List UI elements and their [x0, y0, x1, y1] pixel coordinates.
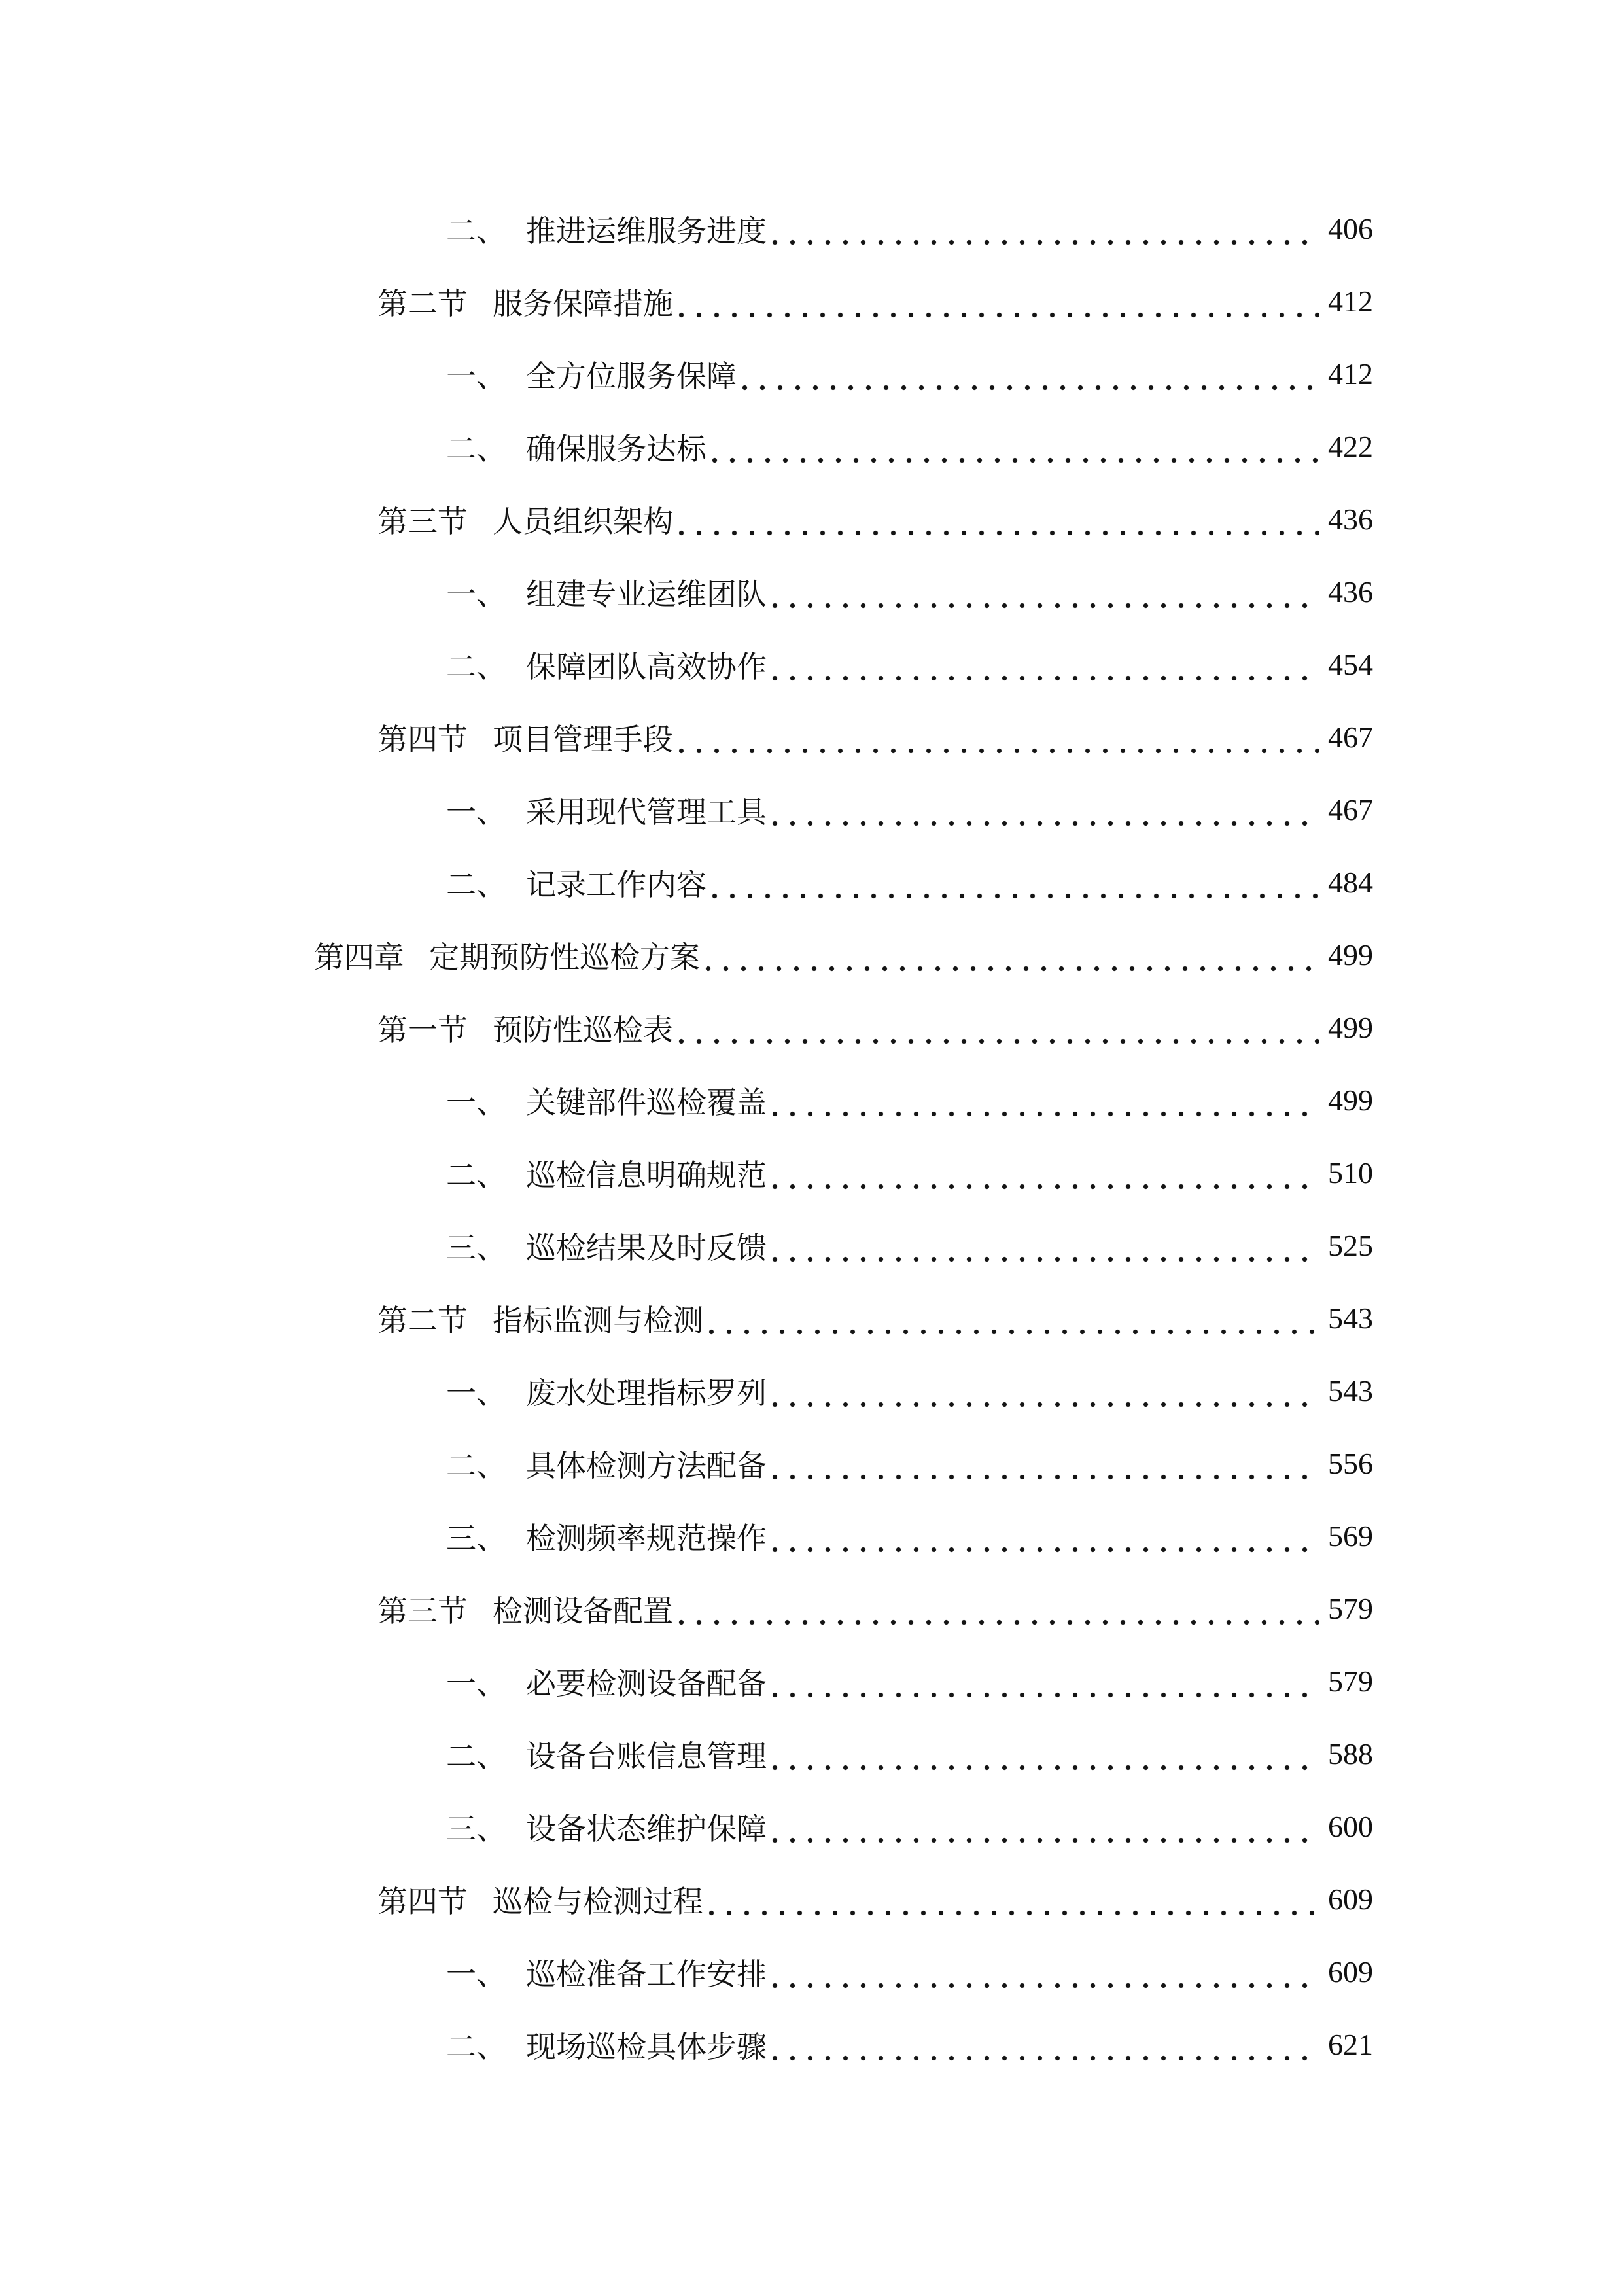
page-number: 609: [1328, 1954, 1380, 1989]
toc-entry[interactable]: 一、 巡检准备工作安排 609: [0, 1935, 1623, 2008]
page-number: 600: [1328, 1809, 1380, 1844]
toc-entry-number: 第三节: [377, 1587, 468, 1631]
toc-entry-title: 服务保障措施: [493, 280, 673, 323]
dot-leader: [767, 1718, 1328, 1790]
toc-entry-number: 第二节: [377, 280, 468, 323]
toc-entry[interactable]: 第三节 人员组织架构 436: [0, 483, 1623, 556]
page-number: 499: [1328, 1010, 1380, 1045]
toc-entry-title: 人员组织架构: [493, 498, 673, 541]
dot-leader: [767, 1064, 1328, 1137]
toc-entry-title: 推进运维服务进度: [526, 207, 767, 251]
toc-entry[interactable]: 一、 必要检测设备配备 579: [0, 1645, 1623, 1718]
toc-entry[interactable]: 第四节 项目管理手段 467: [0, 701, 1623, 773]
toc-entry-number: 二、: [446, 861, 526, 904]
toc-entry[interactable]: 第二节 指标监测与检测 543: [0, 1282, 1623, 1354]
toc-entry[interactable]: 第四章 定期预防性巡检方案 499: [0, 919, 1623, 991]
toc-entry-title: 现场巡检具体步骤: [526, 2023, 767, 2066]
toc-entry-number: 一、: [446, 353, 526, 396]
toc-entry[interactable]: 第二节 服务保障措施 412: [0, 265, 1623, 338]
page-number: 588: [1328, 1737, 1380, 1771]
page-number: 406: [1328, 211, 1380, 246]
dot-leader: [673, 1572, 1328, 1645]
toc-entry[interactable]: 一、 组建专业运维团队 436: [0, 556, 1623, 628]
toc-entry-title: 记录工作内容: [526, 861, 707, 904]
dot-leader: [767, 1427, 1328, 1500]
page-number: 569: [1328, 1519, 1380, 1553]
dot-leader: [767, 1935, 1328, 2008]
dot-leader: [703, 1863, 1328, 1935]
toc-entry-number: 第四节: [377, 716, 468, 759]
dot-leader: [703, 1282, 1328, 1354]
toc-entry[interactable]: 二、 保障团队高效协作 454: [0, 628, 1623, 701]
toc-entry-title: 巡检信息明确规范: [526, 1152, 767, 1195]
dot-leader: [767, 1645, 1328, 1718]
toc-entry-number: 一、: [446, 571, 526, 614]
page-number: 467: [1328, 720, 1380, 754]
toc-entry-number: 第二节: [377, 1297, 468, 1340]
toc-entry[interactable]: 二、 具体检测方法配备 556: [0, 1427, 1623, 1500]
dot-leader: [767, 192, 1328, 265]
toc-entry[interactable]: 三、 检测频率规范操作 569: [0, 1500, 1623, 1572]
page-number: 436: [1328, 574, 1380, 609]
toc-entry-number: 二、: [446, 643, 526, 686]
dot-leader: [767, 2008, 1328, 2081]
toc-entry-title: 设备状态维护保障: [526, 1805, 767, 1848]
toc-entry-title: 设备台账信息管理: [526, 1733, 767, 1776]
toc-entry-title: 指标监测与检测: [493, 1297, 703, 1340]
toc-entry-number: 一、: [446, 1079, 526, 1122]
toc-entry-number: 三、: [446, 1224, 526, 1267]
toc-entry-number: 二、: [446, 2023, 526, 2066]
dot-leader: [707, 846, 1328, 919]
toc-entry[interactable]: 第三节 检测设备配置 579: [0, 1572, 1623, 1645]
toc-entry-title: 巡检准备工作安排: [526, 1951, 767, 1994]
toc-entry-number: 第一节: [377, 1006, 468, 1050]
page-number: 499: [1328, 1083, 1380, 1118]
toc-entry[interactable]: 二、 记录工作内容 484: [0, 846, 1623, 919]
toc-entry-title: 巡检与检测过程: [493, 1878, 703, 1921]
toc-entry[interactable]: 三、 设备状态维护保障 600: [0, 1790, 1623, 1863]
toc-entry[interactable]: 二、 巡检信息明确规范 510: [0, 1137, 1623, 1209]
page-number: 543: [1328, 1373, 1380, 1408]
dot-leader: [700, 919, 1328, 991]
toc-entry-title: 检测频率规范操作: [526, 1515, 767, 1558]
page-number: 579: [1328, 1591, 1380, 1626]
toc-list: 二、 推进运维服务进度 406 第二节 服务保障措施 412 一、 全方位服务保…: [0, 192, 1623, 2081]
dot-leader: [767, 556, 1328, 628]
dot-leader: [767, 773, 1328, 846]
toc-entry-title: 全方位服务保障: [526, 353, 737, 396]
toc-entry-title: 具体检测方法配备: [526, 1442, 767, 1485]
toc-entry-number: 三、: [446, 1515, 526, 1558]
toc-entry-number: 第三节: [377, 498, 468, 541]
toc-entry-number: 二、: [446, 1733, 526, 1776]
page-number: 467: [1328, 792, 1380, 827]
toc-entry-title: 废水处理指标罗列: [526, 1369, 767, 1413]
dot-leader: [673, 701, 1328, 773]
dot-leader: [767, 1500, 1328, 1572]
toc-entry[interactable]: 一、 全方位服务保障 412: [0, 338, 1623, 410]
page-number: 454: [1328, 647, 1380, 682]
toc-entry-number: 二、: [446, 425, 526, 468]
toc-entry-title: 保障团队高效协作: [526, 643, 767, 686]
page-number: 412: [1328, 284, 1380, 319]
page-number: 609: [1328, 1882, 1380, 1916]
page-number: 436: [1328, 502, 1380, 537]
toc-entry-number: 一、: [446, 788, 526, 832]
toc-entry-title: 项目管理手段: [493, 716, 673, 759]
toc-entry-title: 关键部件巡检覆盖: [526, 1079, 767, 1122]
toc-entry[interactable]: 第四节 巡检与检测过程 609: [0, 1863, 1623, 1935]
toc-entry[interactable]: 一、 废水处理指标罗列 543: [0, 1354, 1623, 1427]
toc-entry[interactable]: 第一节 预防性巡检表 499: [0, 991, 1623, 1064]
toc-entry[interactable]: 二、 现场巡检具体步骤 621: [0, 2008, 1623, 2081]
toc-entry-title: 定期预防性巡检方案: [429, 934, 700, 977]
dot-leader: [767, 628, 1328, 701]
dot-leader: [767, 1209, 1328, 1282]
toc-entry-title: 确保服务达标: [526, 425, 707, 468]
toc-entry-number: 二、: [446, 207, 526, 251]
dot-leader: [767, 1790, 1328, 1863]
toc-entry-number: 一、: [446, 1369, 526, 1413]
toc-entry-number: 二、: [446, 1152, 526, 1195]
page-number: 499: [1328, 938, 1380, 972]
toc-entry[interactable]: 二、 推进运维服务进度 406: [0, 192, 1623, 265]
toc-entry[interactable]: 二、 设备台账信息管理 588: [0, 1718, 1623, 1790]
dot-leader: [673, 483, 1328, 556]
toc-entry-title: 采用现代管理工具: [526, 788, 767, 832]
toc-entry-number: 第四章: [314, 934, 404, 977]
toc-entry[interactable]: 一、 采用现代管理工具 467: [0, 773, 1623, 846]
page-number: 579: [1328, 1664, 1380, 1699]
toc-entry-title: 巡检结果及时反馈: [526, 1224, 767, 1267]
page-number: 621: [1328, 2027, 1380, 2062]
toc-entry-number: 一、: [446, 1660, 526, 1703]
dot-leader: [767, 1137, 1328, 1209]
page-number: 422: [1328, 429, 1380, 464]
page-number: 412: [1328, 357, 1380, 391]
toc-entry[interactable]: 三、 巡检结果及时反馈 525: [0, 1209, 1623, 1282]
toc-entry-number: 第四节: [377, 1878, 468, 1921]
dot-leader: [673, 265, 1328, 338]
toc-entry-title: 必要检测设备配备: [526, 1660, 767, 1703]
dot-leader: [767, 1354, 1328, 1427]
toc-entry-title: 预防性巡检表: [493, 1006, 673, 1050]
page-number: 543: [1328, 1301, 1380, 1335]
toc-entry-number: 三、: [446, 1805, 526, 1848]
document-page: 二、 推进运维服务进度 406 第二节 服务保障措施 412 一、 全方位服务保…: [0, 0, 1623, 2296]
page-number: 510: [1328, 1156, 1380, 1190]
toc-entry[interactable]: 二、 确保服务达标 422: [0, 410, 1623, 483]
page-number: 556: [1328, 1446, 1380, 1481]
page-number: 525: [1328, 1228, 1380, 1263]
toc-entry-title: 组建专业运维团队: [526, 571, 767, 614]
toc-entry-title: 检测设备配置: [493, 1587, 673, 1631]
dot-leader: [737, 338, 1328, 410]
page-number: 484: [1328, 865, 1380, 900]
toc-entry-number: 二、: [446, 1442, 526, 1485]
dot-leader: [707, 410, 1328, 483]
dot-leader: [673, 991, 1328, 1064]
toc-entry[interactable]: 一、 关键部件巡检覆盖 499: [0, 1064, 1623, 1137]
toc-entry-number: 一、: [446, 1951, 526, 1994]
